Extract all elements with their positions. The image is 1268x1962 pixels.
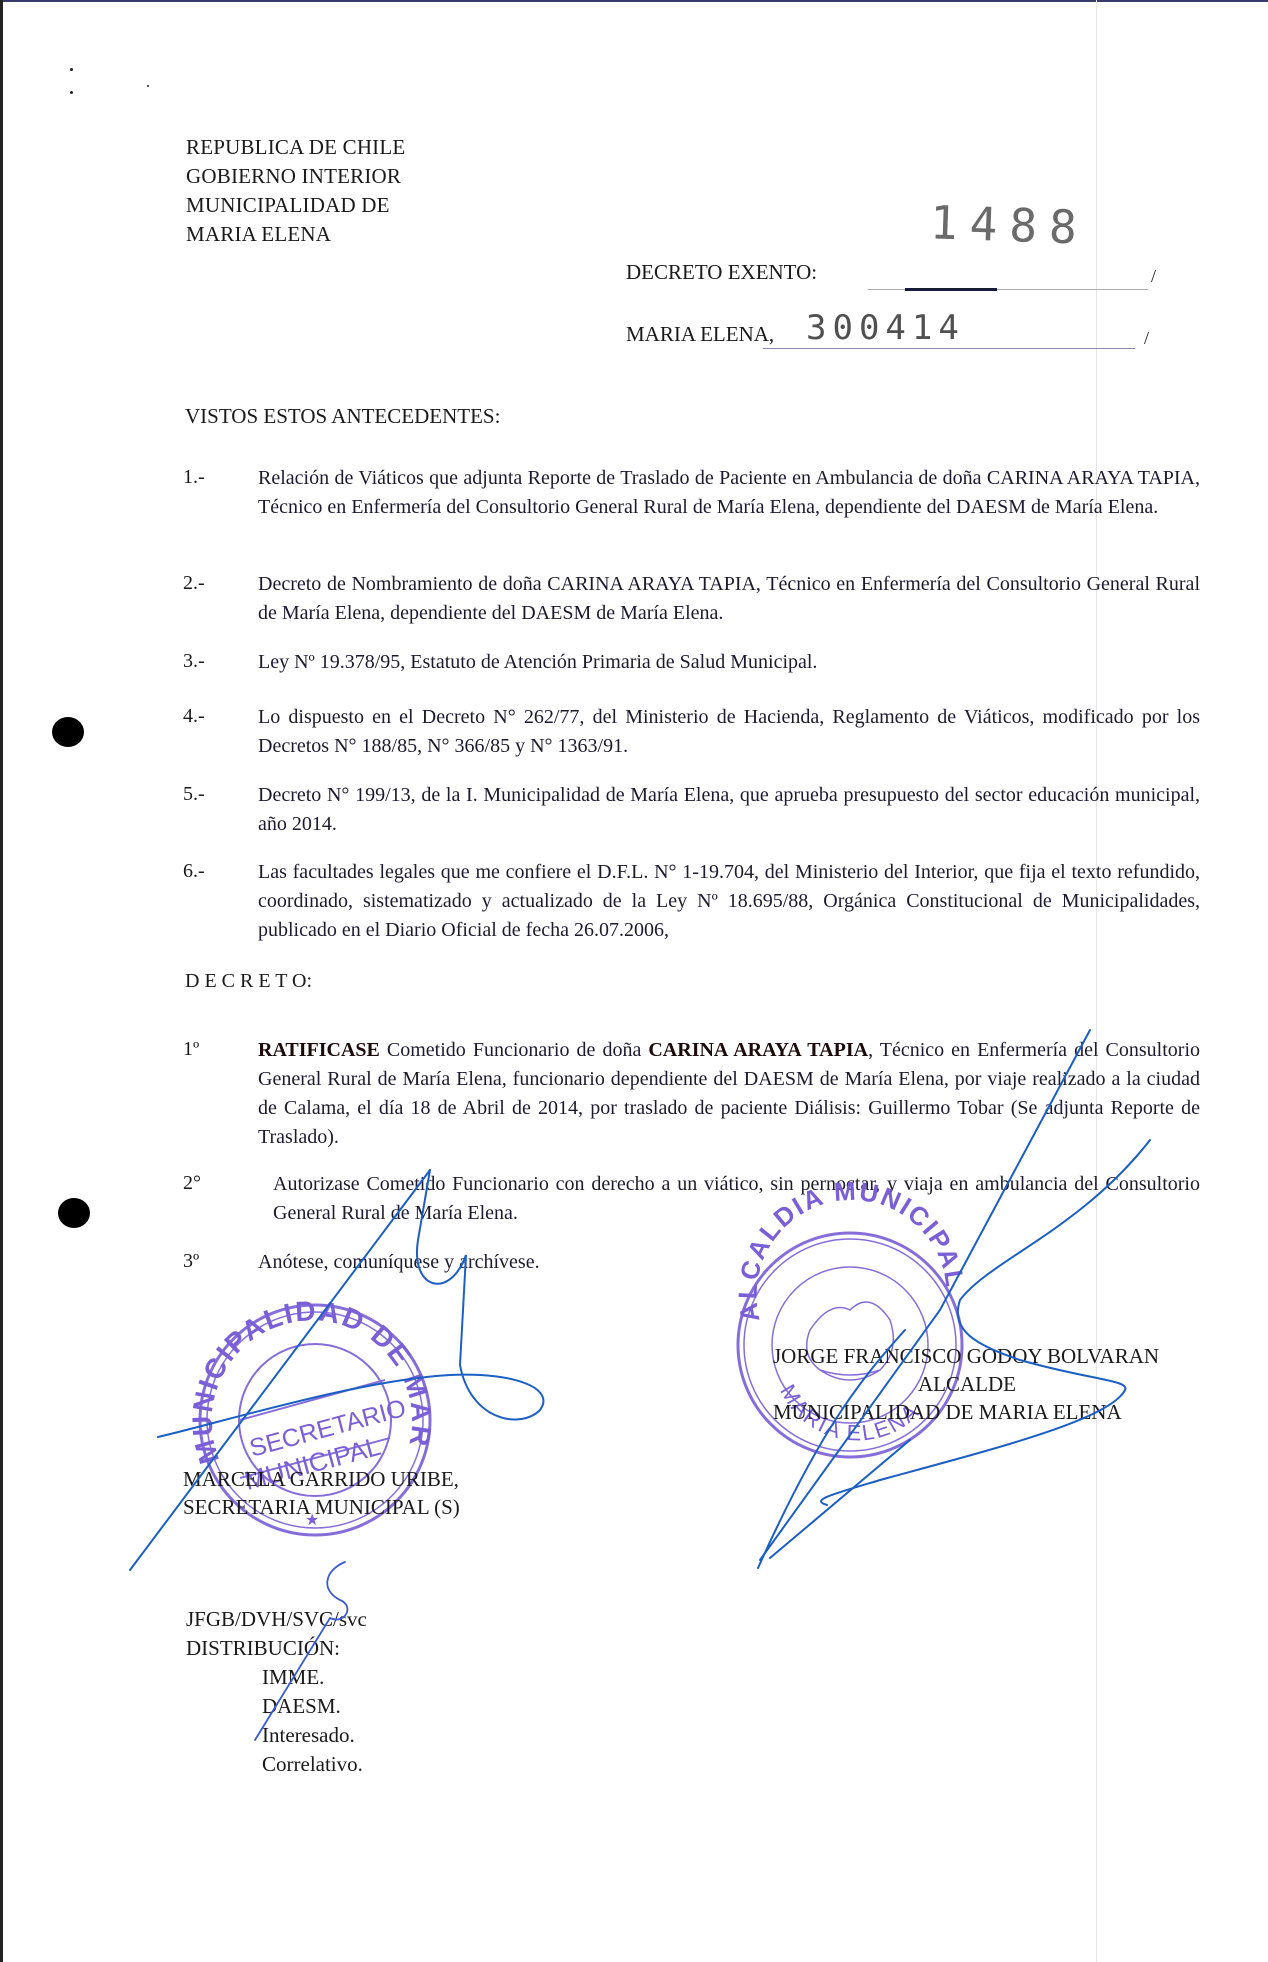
header-line: GOBIERNO INTERIOR <box>186 164 401 189</box>
decree-number-stamp: 1488 <box>929 195 1090 255</box>
employee-name: CARINA ARAYA TAPIA <box>648 1039 868 1061</box>
resolution-text-part: Cometido Funcionario de doña <box>380 1039 648 1061</box>
date-underline <box>763 348 1135 349</box>
vistos-title: VISTOS ESTOS ANTECEDENTES: <box>185 404 500 429</box>
antecedent-text: Las facultades legales que me confiere e… <box>258 858 1200 945</box>
secretaria-name: MARCELA GARRIDO URIBE, <box>183 1465 459 1493</box>
decree-exento-label: DECRETO EXENTO: <box>626 260 817 285</box>
punch-hole-icon <box>58 1198 90 1228</box>
reference-initials: JFGB/DVH/SVC/svc <box>186 1605 367 1633</box>
resolution-number: 1º <box>183 1038 199 1061</box>
date-end-mark: / <box>1144 328 1149 349</box>
resolution-text: RATIFICASE Cometido Funcionario de doña … <box>258 1036 1200 1152</box>
distribution-label: DISTRIBUCIÓN: <box>186 1634 340 1662</box>
resolution-text: Anótese, comuníquese y archívese. <box>258 1248 1200 1277</box>
antecedent-text: Lo dispuesto en el Decreto N° 262/77, de… <box>258 703 1200 761</box>
antecedent-text: Ley Nº 19.378/95, Estatuto de Atención P… <box>258 648 1200 677</box>
resolution-verb: RATIFICASE <box>258 1039 380 1061</box>
antecedent-text: Decreto N° 199/13, de la I. Municipalida… <box>258 781 1200 839</box>
punch-hole-icon <box>52 717 84 747</box>
scan-speck <box>147 85 149 87</box>
distribution-item: Correlativo. <box>262 1750 363 1778</box>
scan-fold-line <box>1096 0 1097 1962</box>
antecedent-number: 6.- <box>183 860 205 883</box>
alcalde-org: MUNICIPALIDAD DE MARIA ELENA <box>773 1398 1122 1426</box>
antecedent-text: Decreto de Nombramiento de doña CARINA A… <box>258 570 1200 628</box>
decreto-title: D E C R E T O: <box>185 970 312 993</box>
alcalde-title: ALCALDE <box>918 1370 1016 1398</box>
antecedent-number: 4.- <box>183 705 205 728</box>
header-line: MARIA ELENA <box>186 222 331 247</box>
secretaria-seal-inner-text: SECRETARIO <box>247 1394 409 1463</box>
resolution-text: Autorizase Cometido Funcionario con dere… <box>273 1170 1200 1228</box>
distribution-item: Interesado. <box>262 1721 355 1749</box>
secretaria-title: SECRETARIA MUNICIPAL (S) <box>183 1493 460 1521</box>
antecedent-number: 3.- <box>183 650 205 673</box>
resolution-number: 3º <box>183 1250 199 1273</box>
decree-number-underline-mark <box>905 288 997 291</box>
scan-top-edge <box>0 0 1268 2</box>
header-line: REPUBLICA DE CHILE <box>186 135 405 160</box>
header-line: MUNICIPALIDAD DE <box>186 193 390 218</box>
antecedent-text: Relación de Viáticos que adjunta Reporte… <box>258 464 1200 522</box>
place-label: MARIA ELENA, <box>626 322 774 347</box>
alcalde-name: JORGE FRANCISCO GODOY BOLVARAN <box>773 1342 1159 1370</box>
scanned-decree-page: REPUBLICA DE CHILE GOBIERNO INTERIOR MUN… <box>0 0 1268 1962</box>
scan-speck <box>70 68 73 71</box>
scan-speck <box>70 91 73 94</box>
date-stamp: 300414 <box>806 308 965 348</box>
decree-number-end-mark: / <box>1151 266 1156 287</box>
resolution-number: 2° <box>183 1172 201 1195</box>
distribution-item: IMME. <box>262 1663 324 1691</box>
antecedent-number: 5.- <box>183 783 205 806</box>
distribution-item: DAESM. <box>262 1692 341 1720</box>
antecedent-number: 2.- <box>183 572 205 595</box>
antecedent-number: 1.- <box>183 466 205 489</box>
scan-left-edge <box>0 0 3 1962</box>
